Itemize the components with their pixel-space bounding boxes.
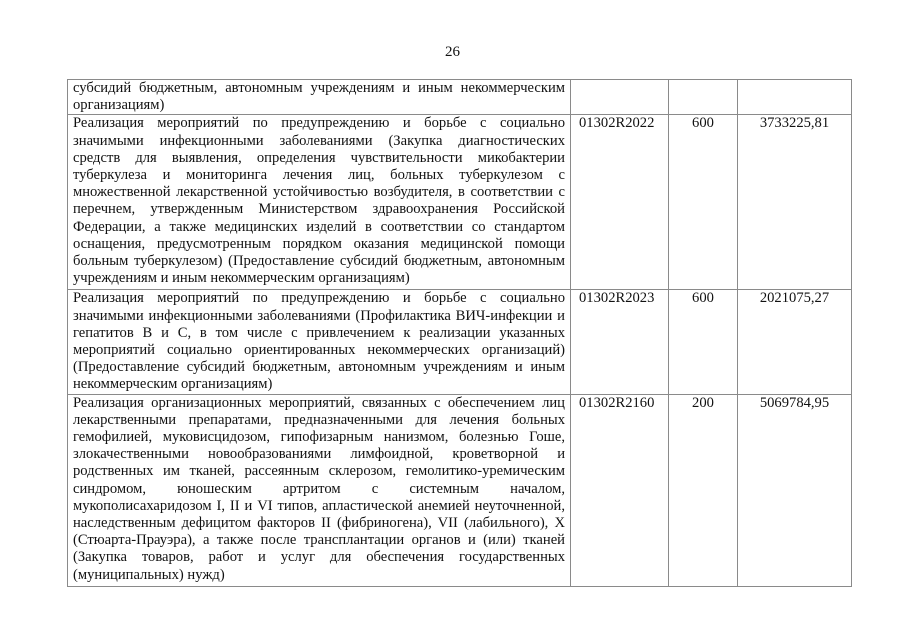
row-amount: 3733225,81 (738, 115, 852, 290)
table-row: Реализация организационных мероприятий, … (68, 394, 852, 586)
row-description: Реализация мероприятий по предупреждению… (68, 290, 571, 394)
row-expense-type: 600 (669, 115, 738, 290)
row-description: Реализация мероприятий по предупреждению… (68, 115, 571, 290)
row-amount: 5069784,95 (738, 394, 852, 586)
table-row: субсидий бюджетным, автономным учреждени… (68, 80, 852, 115)
table-row: Реализация мероприятий по предупреждению… (68, 115, 852, 290)
budget-table: субсидий бюджетным, автономным учреждени… (67, 79, 852, 587)
row-description: Реализация организационных мероприятий, … (68, 394, 571, 586)
row-description: субсидий бюджетным, автономным учреждени… (68, 80, 571, 115)
row-target-code: 01302R2023 (571, 290, 669, 394)
row-amount (738, 80, 852, 115)
row-target-code: 01302R2160 (571, 394, 669, 586)
row-expense-type: 600 (669, 290, 738, 394)
page-number: 26 (0, 44, 905, 61)
table-row: Реализация мероприятий по предупреждению… (68, 290, 852, 394)
row-target-code: 01302R2022 (571, 115, 669, 290)
row-expense-type (669, 80, 738, 115)
row-target-code (571, 80, 669, 115)
row-expense-type: 200 (669, 394, 738, 586)
row-amount: 2021075,27 (738, 290, 852, 394)
